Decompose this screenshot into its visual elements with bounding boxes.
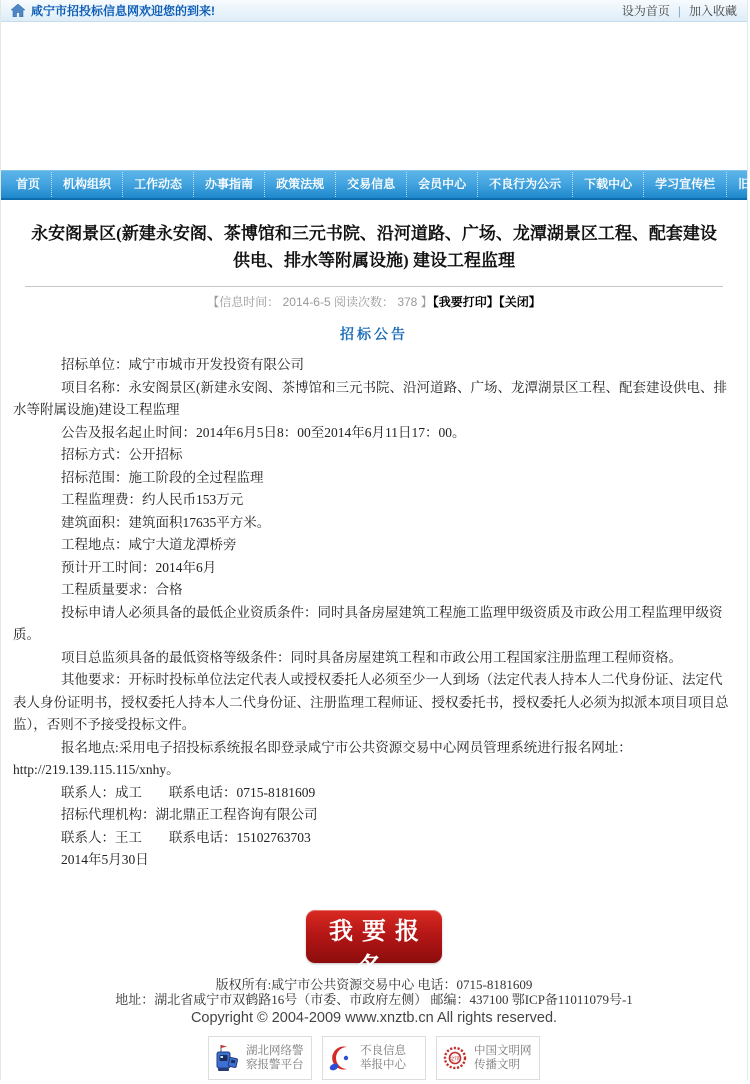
- badge-line-1: 湖北网络警: [246, 1045, 304, 1057]
- home-icon: [11, 4, 25, 17]
- badge-line-2: 传播文明: [474, 1059, 520, 1071]
- set-home-link[interactable]: 设为首页: [622, 2, 670, 19]
- badge-line-2: 举报中心: [360, 1059, 406, 1071]
- nav-item-member-center[interactable]: 会员中心: [406, 172, 477, 197]
- nav-item-old-site[interactable]: 旧版网站: [726, 172, 750, 197]
- nav-item-trade-info[interactable]: 交易信息: [335, 172, 406, 197]
- article-meta: 【信息时间： 2014-6-5 阅读次数： 378 】【我要打印】【关闭】: [1, 293, 747, 310]
- paragraph-bid-unit: 招标单位：咸宁市城市开发投资有限公司: [13, 354, 735, 377]
- nav-item-home[interactable]: 首页: [5, 172, 51, 197]
- paragraph-supervision-fee: 工程监理费：约人民币153万元: [13, 489, 735, 512]
- svg-text:文明: 文明: [449, 1055, 461, 1063]
- paragraph-bid-method: 招标方式：公开招标: [13, 444, 735, 467]
- notice-heading: 招标公告: [1, 324, 747, 344]
- banner-placeholder: [1, 22, 747, 170]
- badge-illegal-info-report-center[interactable]: 不良信息 举报中心: [322, 1036, 426, 1080]
- badge-hubei-cyber-police[interactable]: 湖北网络警 察报警平台: [208, 1036, 312, 1080]
- top-bar-left: 咸宁市招投标信息网欢迎您的到来!: [11, 2, 215, 19]
- paragraph-contact-1: 联系人：成工 联系电话：0715-8181609: [13, 782, 735, 805]
- footer-copyright-owner: 版权所有:咸宁市公共资源交易中心 电话：0715-8181609: [1, 977, 747, 992]
- badge-china-civilization-net[interactable]: 文明 中国文明网 传播文明: [436, 1036, 540, 1080]
- badge-text: 湖北网络警 察报警平台: [246, 1044, 304, 1072]
- paragraph-project-location: 工程地点：咸宁大道龙潭桥旁: [13, 534, 735, 557]
- signup-button[interactable]: 我要报名: [306, 910, 442, 963]
- close-button[interactable]: 【关闭】: [499, 295, 541, 309]
- paragraph-agency: 招标代理机构：湖北鼎正工程咨询有限公司: [13, 804, 735, 827]
- nav-item-policies[interactable]: 政策法规: [264, 172, 335, 197]
- report-center-icon: [327, 1043, 355, 1073]
- add-favorite-link[interactable]: 加入收藏: [689, 2, 737, 19]
- footer-address: 地址：湖北省咸宁市双鹤路16号（市委、市政府左侧） 邮编：437100 鄂ICP…: [1, 992, 747, 1007]
- paragraph-quality-requirement: 工程质量要求：合格: [13, 579, 735, 602]
- badge-text: 不良信息 举报中心: [360, 1044, 406, 1072]
- badge-text: 中国文明网 传播文明: [474, 1044, 532, 1072]
- paragraph-bid-scope: 招标范围：施工阶段的全过程监理: [13, 467, 735, 490]
- badge-line-1: 中国文明网: [474, 1045, 532, 1057]
- paragraph-signup-period: 公告及报名起止时间：2014年6月5日8：00至2014年6月11日17：00。: [13, 422, 735, 445]
- paragraph-signup-location: 报名地点:采用电子招投标系统报名即登录咸宁市公共资源交易中心网员管理系统进行报名…: [13, 737, 735, 782]
- top-bar-links: 设为首页 | 加入收藏: [622, 2, 737, 19]
- paragraph-project-name: 项目名称：永安阁景区(新建永安阁、茶博馆和三元书院、沿河道路、广场、龙潭湖景区工…: [13, 377, 735, 422]
- paragraph-min-qualification: 投标申请人必须具备的最低企业资质条件：同时具备房屋建筑工程施工监理甲级资质及市政…: [13, 602, 735, 647]
- page: 咸宁市招投标信息网欢迎您的到来! 设为首页 | 加入收藏 首页 机构组织 工作动…: [0, 0, 748, 1080]
- paragraph-other-requirements: 其他要求：开标时投标单位法定代表人或授权委托人必须至少一人到场（法定代表人持本人…: [13, 669, 735, 737]
- top-bar: 咸宁市招投标信息网欢迎您的到来! 设为首页 | 加入收藏: [1, 0, 747, 22]
- site-welcome-title: 咸宁市招投标信息网欢迎您的到来!: [31, 2, 215, 19]
- print-button[interactable]: 【我要打印】: [433, 295, 499, 309]
- paragraph-director-qualification: 项目总监须具备的最低资格等级条件：同时具备房屋建筑工程和市政公用工程国家注册监理…: [13, 647, 735, 670]
- nav-item-bad-behavior[interactable]: 不良行为公示: [477, 172, 572, 197]
- article-body: 招标单位：咸宁市城市开发投资有限公司 项目名称：永安阁景区(新建永安阁、茶博馆和…: [1, 354, 747, 872]
- police-badge-icon: [213, 1043, 241, 1073]
- meta-info-time: 【信息时间： 2014-6-5 阅读次数： 378 】: [207, 295, 432, 309]
- nav-item-work-news[interactable]: 工作动态: [122, 172, 193, 197]
- title-divider: [25, 286, 723, 287]
- badge-row: 湖北网络警 察报警平台 不良信息 举报中心: [1, 1036, 747, 1080]
- paragraph-contact-2: 联系人：王工 联系电话：15102763703: [13, 827, 735, 850]
- nav-item-service-guide[interactable]: 办事指南: [193, 172, 264, 197]
- civilization-emblem-icon: 文明: [441, 1043, 469, 1073]
- paragraph-building-area: 建筑面积：建筑面积17635平方米。: [13, 512, 735, 535]
- paragraph-start-time: 预计开工时间：2014年6月: [13, 557, 735, 580]
- paragraph-date: 2014年5月30日: [13, 849, 735, 872]
- badge-line-2: 察报警平台: [246, 1059, 304, 1071]
- top-links-separator: |: [678, 4, 681, 18]
- footer: 版权所有:咸宁市公共资源交易中心 电话：0715-8181609 地址：湖北省咸…: [1, 977, 747, 1028]
- badge-line-1: 不良信息: [360, 1045, 406, 1057]
- article-title: 永安阁景区(新建永安阁、茶博馆和三元书院、沿河道路、广场、龙潭湖景区工程、配套建…: [29, 220, 719, 274]
- nav-item-study-column[interactable]: 学习宣传栏: [643, 172, 726, 197]
- main-nav: 首页 机构组织 工作动态 办事指南 政策法规 交易信息 会员中心 不良行为公示 …: [1, 170, 747, 200]
- nav-item-download-center[interactable]: 下载中心: [572, 172, 643, 197]
- nav-item-organization[interactable]: 机构组织: [51, 172, 122, 197]
- footer-copyright: Copyright © 2004-2009 www.xnztb.cn All r…: [1, 1009, 747, 1028]
